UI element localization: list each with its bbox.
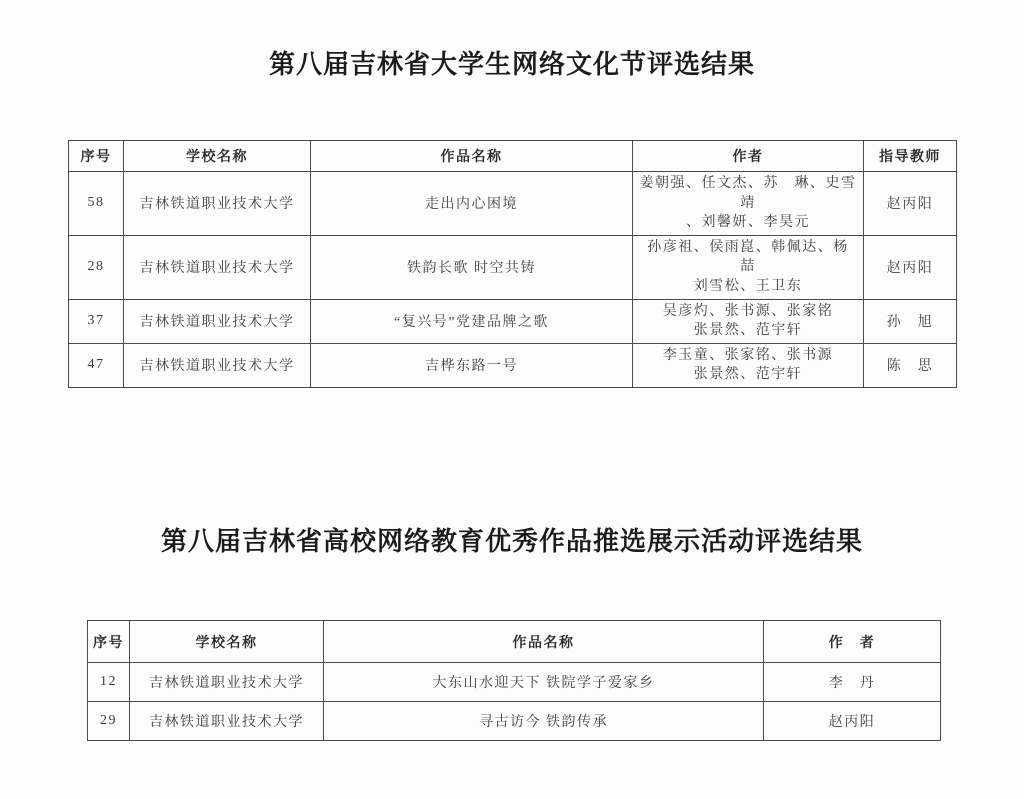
cell-work: “复兴号”党建品牌之歌 <box>311 299 633 343</box>
cell-authors: 姜朝强、任文杰、苏 琳、史雪靖 、刘馨妍、李昊元 <box>633 172 864 236</box>
cell-work: 铁韵长歌 时空共铸 <box>311 235 633 299</box>
cell-advisor: 孙 旭 <box>864 299 957 343</box>
cell-work: 吉桦东路一号 <box>311 343 633 387</box>
cell-author: 李 丹 <box>764 663 941 702</box>
table1-header-school: 学校名称 <box>124 141 311 172</box>
cell-work: 大东山水迎天下 铁院学子爱家乡 <box>324 663 764 702</box>
cell-authors: 李玉童、张家铭、张书源 张景然、范宇轩 <box>633 343 864 387</box>
table2-header-no: 序号 <box>88 621 130 663</box>
cell-no: 29 <box>88 702 130 741</box>
table1-header-advisor: 指导教师 <box>864 141 957 172</box>
culture-festival-results-table: 序号 学校名称 作品名称 作者 指导教师 58 吉林铁道职业技术大学 走出内心困… <box>68 140 957 388</box>
cell-work: 寻古访今 铁韵传承 <box>324 702 764 741</box>
cell-author: 赵丙阳 <box>764 702 941 741</box>
cell-advisor: 陈 思 <box>864 343 957 387</box>
cell-school: 吉林铁道职业技术大学 <box>130 702 324 741</box>
section1-title: 第八届吉林省大学生网络文化节评选结果 <box>0 44 1024 81</box>
table2-header-school: 学校名称 <box>130 621 324 663</box>
table-row: 12 吉林铁道职业技术大学 大东山水迎天下 铁院学子爱家乡 李 丹 <box>88 663 941 702</box>
cell-authors: 孙彦祖、侯雨崑、韩佩达、杨 喆 刘雪松、王卫东 <box>633 235 864 299</box>
cell-advisor: 赵丙阳 <box>864 172 957 236</box>
cell-no: 28 <box>69 235 124 299</box>
document-page: 第八届吉林省大学生网络文化节评选结果 序号 学校名称 作品名称 作者 指导教师 … <box>0 0 1024 799</box>
table2-header-row: 序号 学校名称 作品名称 作 者 <box>88 621 941 663</box>
cell-school: 吉林铁道职业技术大学 <box>124 299 311 343</box>
table-row: 28 吉林铁道职业技术大学 铁韵长歌 时空共铸 孙彦祖、侯雨崑、韩佩达、杨 喆 … <box>69 235 957 299</box>
cell-no: 12 <box>88 663 130 702</box>
cell-school: 吉林铁道职业技术大学 <box>124 235 311 299</box>
table-row: 58 吉林铁道职业技术大学 走出内心困境 姜朝强、任文杰、苏 琳、史雪靖 、刘馨… <box>69 172 957 236</box>
table1-header-row: 序号 学校名称 作品名称 作者 指导教师 <box>69 141 957 172</box>
table1-header-work: 作品名称 <box>311 141 633 172</box>
cell-work: 走出内心困境 <box>311 172 633 236</box>
table-row: 29 吉林铁道职业技术大学 寻古访今 铁韵传承 赵丙阳 <box>88 702 941 741</box>
network-education-results-table: 序号 学校名称 作品名称 作 者 12 吉林铁道职业技术大学 大东山水迎天下 铁… <box>87 620 941 741</box>
table-row: 37 吉林铁道职业技术大学 “复兴号”党建品牌之歌 吴彦灼、张书源、张家铭 张景… <box>69 299 957 343</box>
cell-authors: 吴彦灼、张书源、张家铭 张景然、范宇轩 <box>633 299 864 343</box>
cell-no: 47 <box>69 343 124 387</box>
cell-no: 58 <box>69 172 124 236</box>
cell-no: 37 <box>69 299 124 343</box>
table-row: 47 吉林铁道职业技术大学 吉桦东路一号 李玉童、张家铭、张书源 张景然、范宇轩… <box>69 343 957 387</box>
section2-title: 第八届吉林省高校网络教育优秀作品推选展示活动评选结果 <box>0 521 1024 558</box>
table1-header-no: 序号 <box>69 141 124 172</box>
cell-school: 吉林铁道职业技术大学 <box>130 663 324 702</box>
table1-header-authors: 作者 <box>633 141 864 172</box>
table2-header-author: 作 者 <box>764 621 941 663</box>
table2-header-work: 作品名称 <box>324 621 764 663</box>
cell-school: 吉林铁道职业技术大学 <box>124 343 311 387</box>
cell-advisor: 赵丙阳 <box>864 235 957 299</box>
cell-school: 吉林铁道职业技术大学 <box>124 172 311 236</box>
